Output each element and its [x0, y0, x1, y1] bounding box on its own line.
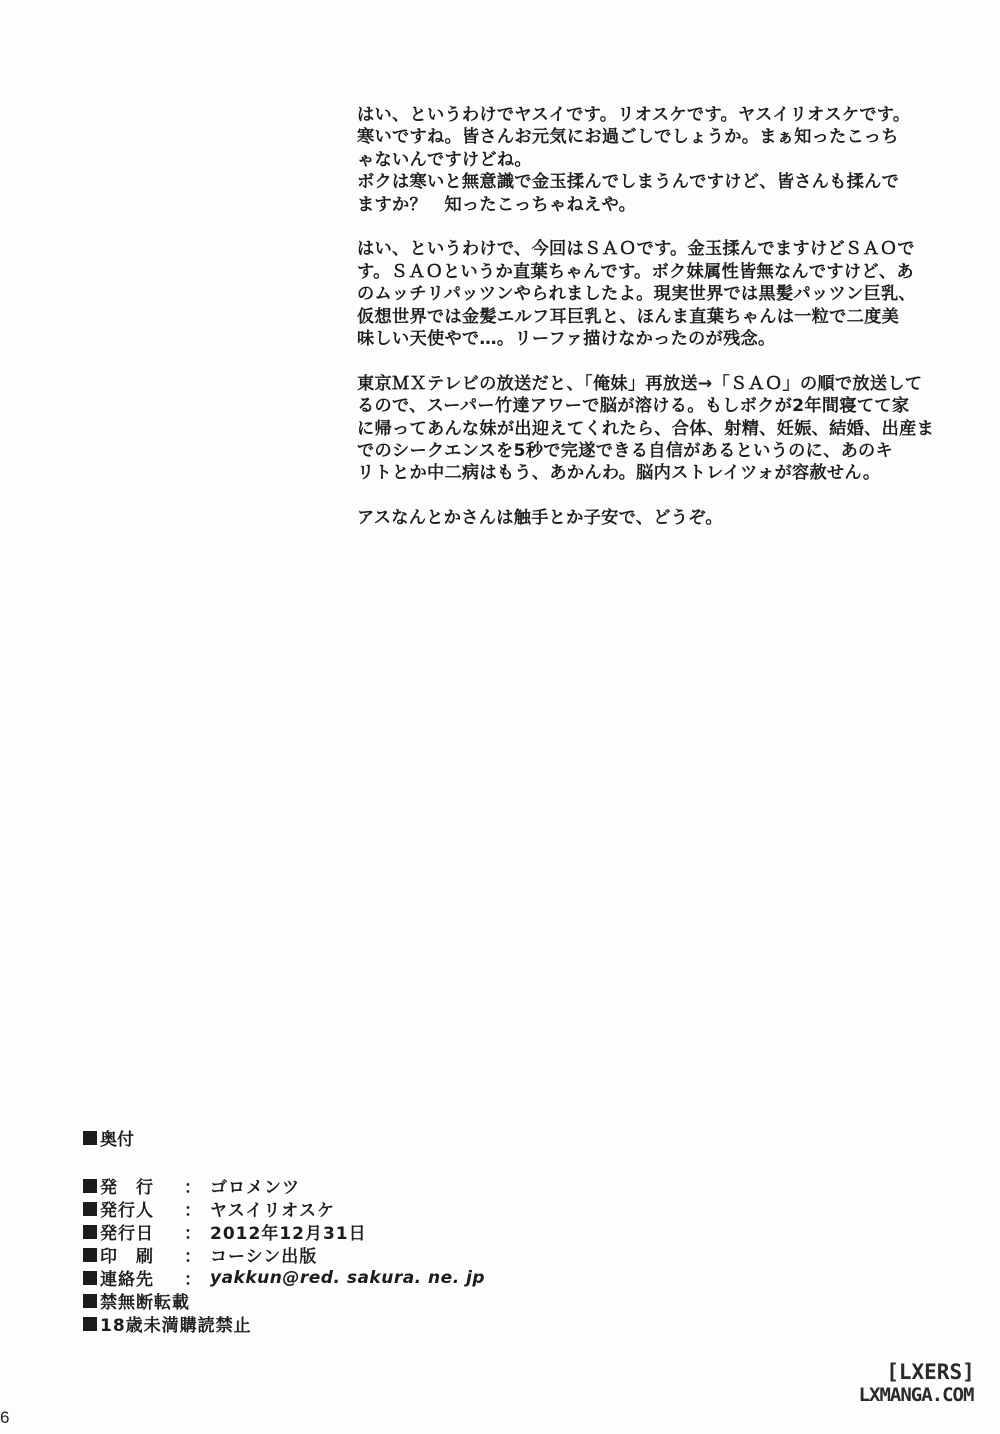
colophon-row-date: 発行日 ： 2012年12月31日	[83, 1220, 485, 1243]
text-line: のムッチリパッツンやられましたよ。現実世界では黒髪パッツン巨乳、	[357, 283, 917, 305]
text-line: リトとか中二病はもう、あかんわ。脳内ストレイツォが容赦せん。	[357, 462, 917, 484]
colophon-heading: 奥付	[83, 1126, 485, 1149]
text-line: 味しい天使やで…。リーファ描けなかったのが残念。	[357, 328, 917, 350]
colophon-row-issuer: 発行人 ： ヤスイリオスケ	[83, 1197, 485, 1220]
text-line: ますか？ 知ったこっちゃねえや。	[357, 194, 917, 216]
text-line: ゃないんですけどね。	[357, 149, 917, 171]
colophon-colon: ：	[184, 1196, 210, 1221]
square-bullet-icon	[83, 1271, 97, 1285]
colophon-colon: ：	[184, 1173, 210, 1198]
text-line: はい、というわけで、今回はＳＡＯです。金玉揉んでますけどＳＡＯで	[357, 238, 917, 260]
square-bullet-icon	[83, 1131, 97, 1145]
colophon-notice-no-reprint: 禁無断転載	[83, 1289, 485, 1312]
text-line: アスなんとかさんは触手とか子安で、どうぞ。	[357, 507, 917, 529]
afterword-text: はい、というわけでヤスイです。リオスケです。ヤスイリオスケです。 寒いですね。皆…	[357, 104, 917, 552]
square-bullet-icon	[83, 1225, 97, 1239]
square-bullet-icon	[83, 1294, 97, 1308]
square-bullet-icon	[83, 1179, 97, 1193]
colophon-colon: ：	[184, 1242, 210, 1267]
afterword-paragraph-1: はい、というわけでヤスイです。リオスケです。ヤスイリオスケです。 寒いですね。皆…	[357, 104, 917, 216]
text-line: 寒いですね。皆さんお元気にお過ごしでしょうか。まぁ知ったこっち	[357, 126, 917, 148]
colophon-label: 発行人	[100, 1196, 184, 1221]
page-number: 6	[0, 1408, 9, 1428]
afterword-paragraph-2: はい、というわけで、今回はＳＡＯです。金玉揉んでますけどＳＡＯで す。ＳＡＯとい…	[357, 238, 917, 350]
colophon-value: コーシン出版	[210, 1242, 317, 1267]
colophon: 奥付 発 行 ： ゴロメンツ 発行人 ： ヤスイリオスケ 発行日 ： 2012年…	[83, 1126, 485, 1335]
square-bullet-icon	[83, 1248, 97, 1262]
colophon-row-contact: 連絡先 ： yakkun@red. sakura. ne. jp	[83, 1266, 485, 1289]
colophon-notice-age-restriction: 18歳未満購読禁止	[83, 1312, 485, 1335]
colophon-heading-text: 奥付	[100, 1125, 134, 1150]
colophon-colon: ：	[184, 1219, 210, 1244]
colophon-colon: ：	[184, 1265, 210, 1290]
notice-text: 18歳未満購読禁止	[100, 1311, 252, 1336]
text-line: 東京ＭＸテレビの放送だと、「俺妹」再放送→「ＳＡＯ」の順で放送して	[357, 373, 917, 395]
colophon-label: 印 刷	[100, 1242, 184, 1267]
text-line: 仮想世界では金髪エルフ耳巨乳と、ほんま直葉ちゃんは一粒で二度美	[357, 306, 917, 328]
notice-text: 禁無断転載	[100, 1288, 190, 1313]
text-line: す。ＳＡＯというか直葉ちゃんです。ボク妹属性皆無なんですけど、あ	[357, 261, 917, 283]
watermark: [LXERS] LXMANGA.COM	[868, 1360, 993, 1406]
colophon-label: 発 行	[100, 1173, 184, 1198]
colophon-row-publisher: 発 行 ： ゴロメンツ	[83, 1174, 485, 1197]
watermark-group-name: [LXERS]	[868, 1360, 993, 1384]
square-bullet-icon	[83, 1202, 97, 1216]
text-line: に帰ってあんな妹が出迎えてくれたら、合体、射精、妊娠、結婚、出産ま	[357, 418, 917, 440]
text-line: ボクは寒いと無意識で金玉揉んでしまうんですけど、皆さんも揉んで	[357, 171, 917, 193]
colophon-value: 2012年12月31日	[210, 1219, 367, 1244]
square-bullet-icon	[83, 1317, 97, 1331]
colophon-value: ゴロメンツ	[210, 1173, 300, 1198]
contact-email: yakkun@red. sakura. ne. jp	[210, 1268, 485, 1288]
text-line: でのシークエンスを5秒で完遂できる自信があるというのに、あのキ	[357, 440, 917, 462]
colophon-label: 連絡先	[100, 1265, 184, 1290]
afterword-paragraph-4: アスなんとかさんは触手とか子安で、どうぞ。	[357, 507, 917, 529]
colophon-value: ヤスイリオスケ	[210, 1196, 335, 1221]
watermark-site-name: LXMANGA.COM	[836, 1384, 996, 1406]
text-line: るので、スーパー竹達アワーで脳が溶ける。もしボクが2年間寝てて家	[357, 395, 917, 417]
colophon-row-printer: 印 刷 ： コーシン出版	[83, 1243, 485, 1266]
afterword-paragraph-3: 東京ＭＸテレビの放送だと、「俺妹」再放送→「ＳＡＯ」の順で放送して るので、スー…	[357, 373, 917, 485]
colophon-label: 発行日	[100, 1219, 184, 1244]
text-line: はい、というわけでヤスイです。リオスケです。ヤスイリオスケです。	[357, 104, 917, 126]
